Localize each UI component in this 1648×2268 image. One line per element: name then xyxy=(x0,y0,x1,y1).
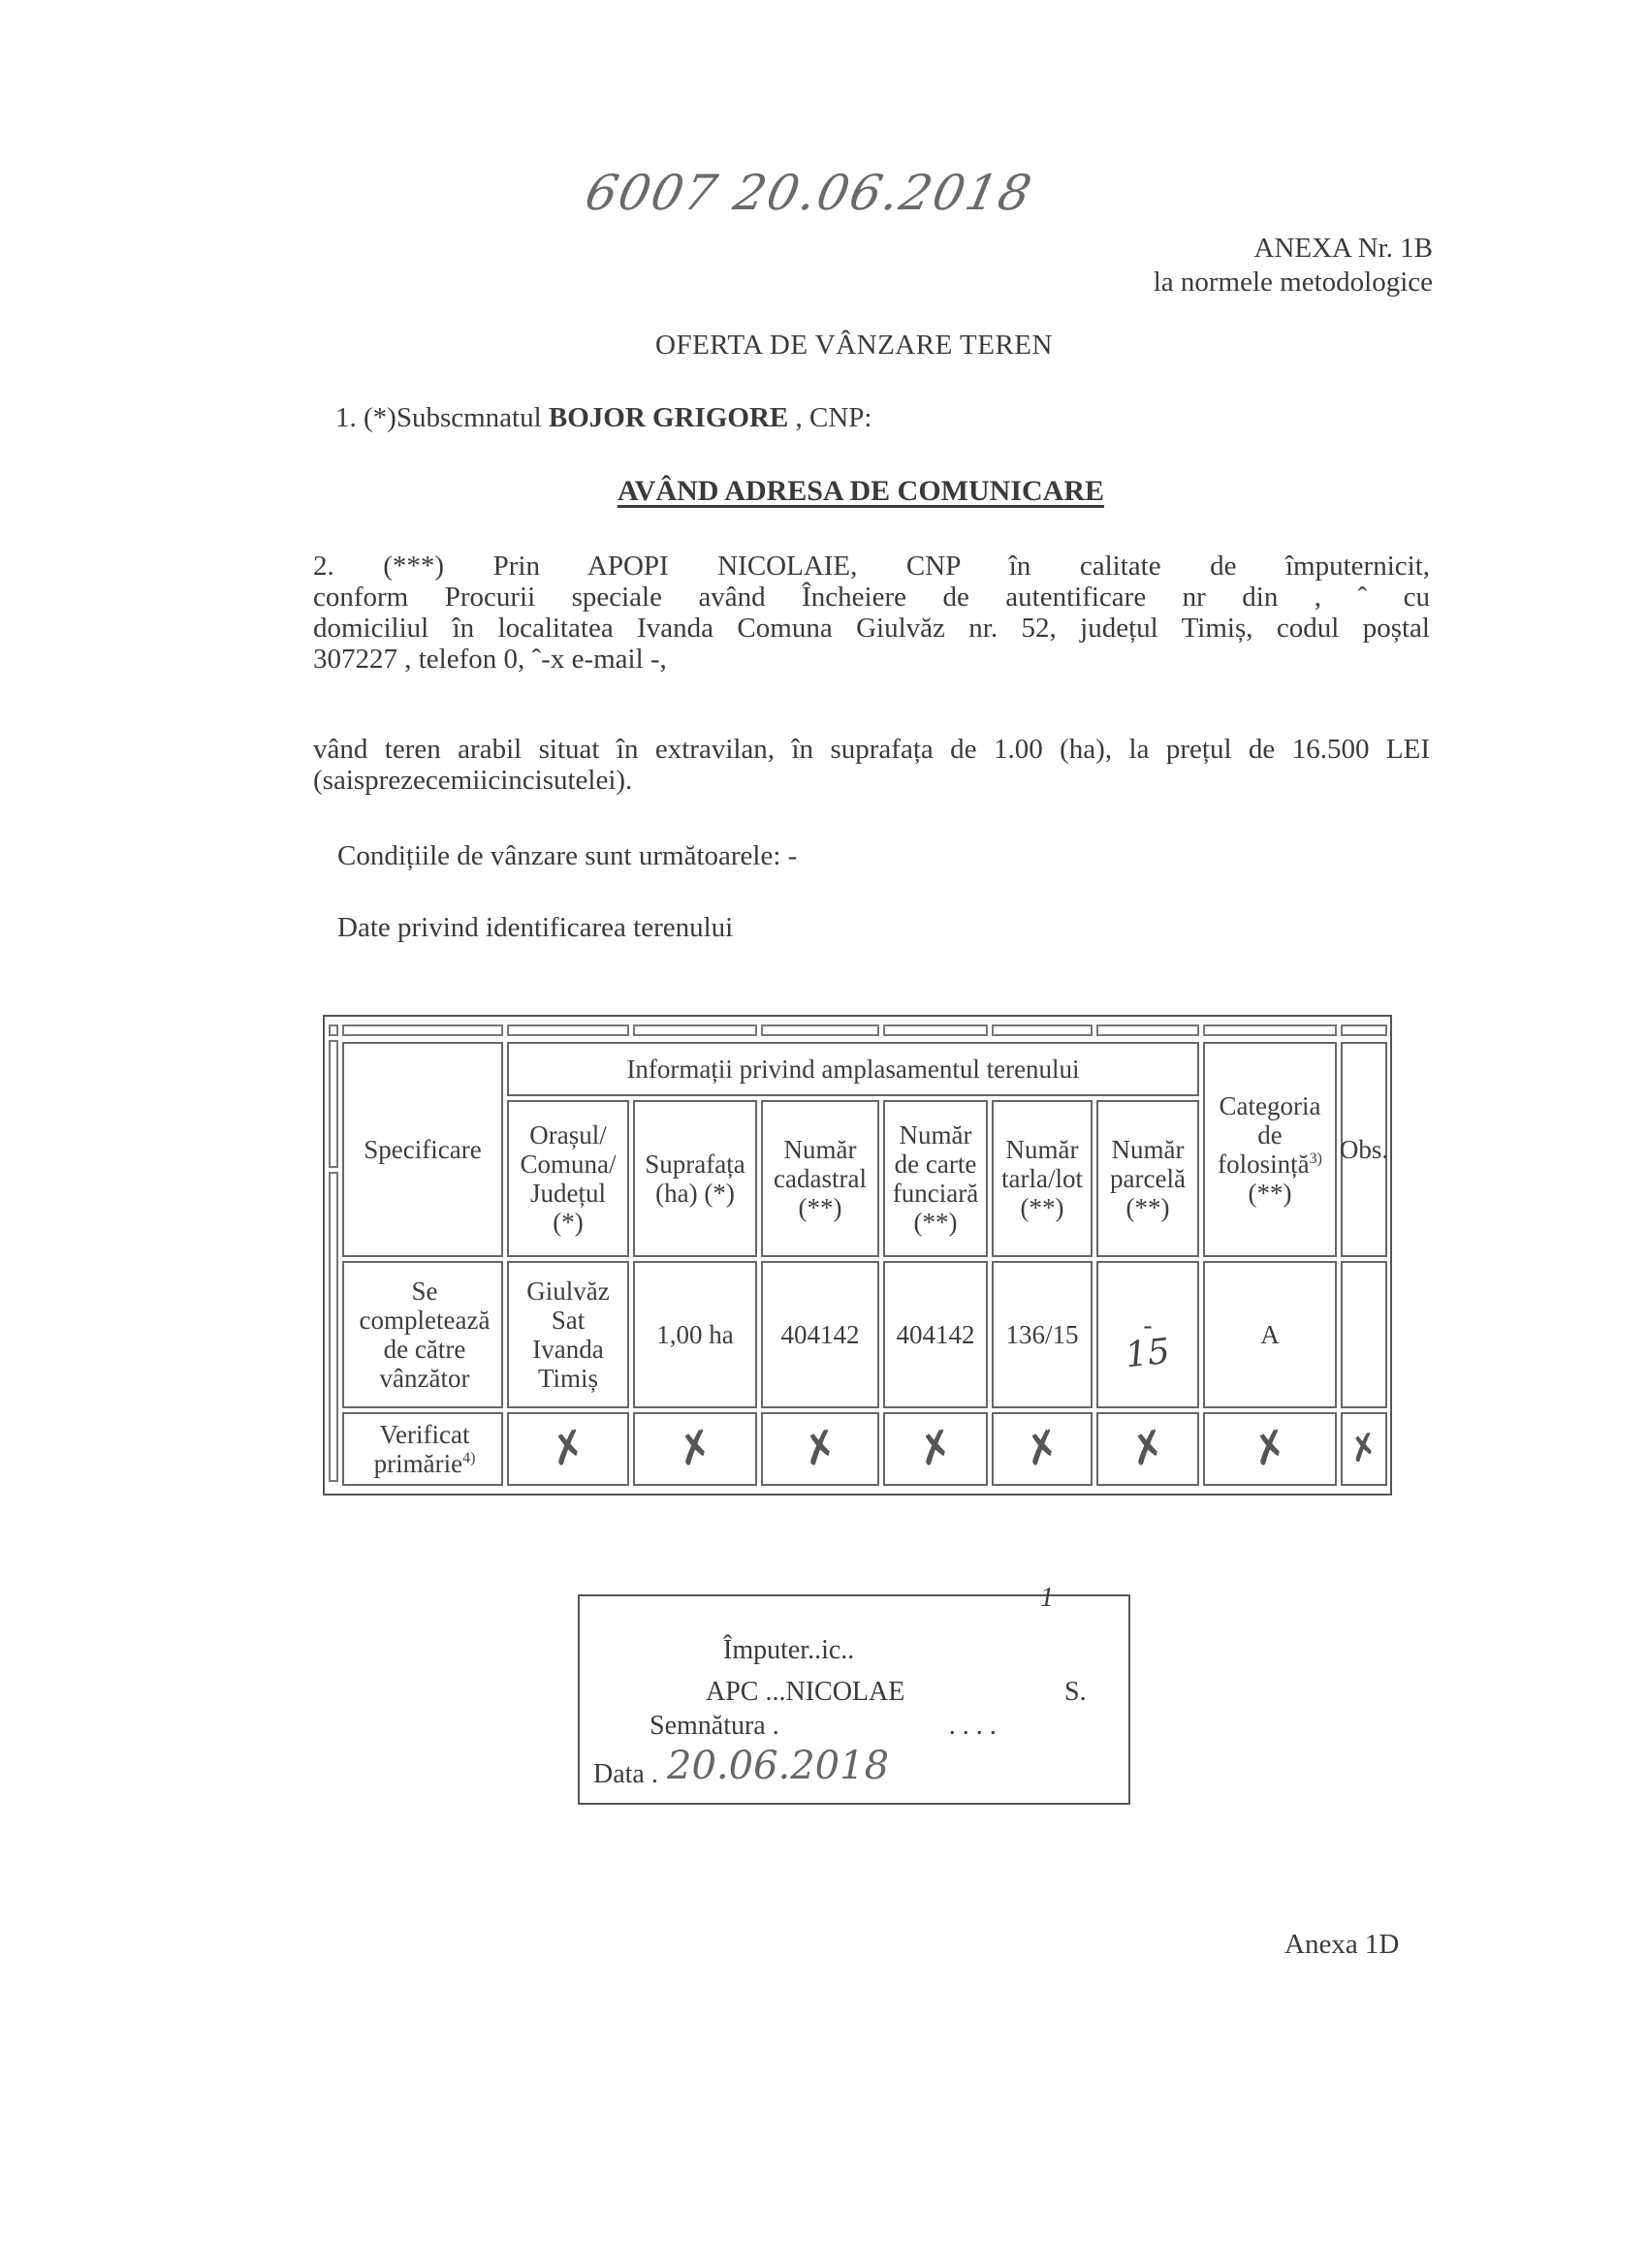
table-border-strip xyxy=(1203,1024,1337,1036)
row-verified-label: Verificatprimărie4) xyxy=(342,1412,503,1486)
sale-conditions: Condițiile de vânzare sunt următoarele: … xyxy=(337,840,797,872)
page-mark: 1 xyxy=(1040,1583,1054,1614)
row-seller-label: Secompleteazăde cătrevânzător xyxy=(342,1261,503,1408)
header-label: Informații privind amplasamentul terenul… xyxy=(626,1055,1079,1084)
table-border-strip xyxy=(342,1024,503,1036)
verified-mark-cell: ✗ xyxy=(992,1412,1093,1486)
table-border-strip xyxy=(992,1024,1093,1036)
handwritten-cross-icon: ✗ xyxy=(674,1431,715,1468)
handwritten-cross-icon: ✗ xyxy=(1347,1432,1382,1467)
signatory-title: Împuter..ic.. xyxy=(723,1635,854,1666)
seller-name: BOJOR GRIGORE xyxy=(549,402,788,433)
header-tarla: Numărtarla/lot(**) xyxy=(992,1100,1093,1257)
signatory-suffix: S. xyxy=(1064,1677,1087,1708)
signature-label: Semnătura . . . . . xyxy=(650,1711,997,1742)
cell-cadastral: 404142 xyxy=(761,1261,879,1408)
handwritten-cross-icon: ✗ xyxy=(1126,1431,1168,1468)
handwritten-date: 20.06.2018 xyxy=(667,1744,889,1788)
header-specificare: Specificare xyxy=(342,1042,503,1257)
cell-obs xyxy=(1341,1261,1387,1408)
table-border-strip xyxy=(329,1024,338,1036)
identification-heading: Date privind identificarea terenului xyxy=(337,912,733,944)
verified-mark-cell: ✗ xyxy=(1203,1412,1337,1486)
table-border-strip xyxy=(329,1172,338,1482)
document-title: OFERTA DE VÂNZARE TEREN xyxy=(655,330,1053,362)
seller-cnp-label: , CNP: xyxy=(788,402,872,433)
paragraph-line: domiciliul în localitatea Ivanda Comuna … xyxy=(313,613,1430,644)
header-land-book: Numărde cartefunciară(**) xyxy=(883,1100,988,1257)
offer-paragraph: vând teren arabil situat în extravilan, … xyxy=(313,734,1430,796)
cell-tarla: 136/15 xyxy=(992,1261,1093,1408)
handwritten-parcel: 15 xyxy=(1125,1338,1172,1371)
address-heading: AVÂND ADRESA DE COMUNICARE xyxy=(618,475,1104,508)
footer-annex-label: Anexa 1D xyxy=(1284,1929,1399,1961)
table-border-strip xyxy=(883,1024,988,1036)
verified-mark-cell: ✗ xyxy=(507,1412,629,1486)
handwritten-cross-icon: ✗ xyxy=(1021,1431,1062,1468)
cell-category: A xyxy=(1203,1261,1337,1408)
table-border-strip xyxy=(329,1040,338,1168)
table-border-strip xyxy=(761,1024,879,1036)
header-locality: Orașul/Comuna/Județul(*) xyxy=(507,1100,629,1257)
paragraph-line: conform Procurii speciale având Încheier… xyxy=(313,582,1430,613)
handwritten-check-icon: ✗ xyxy=(547,1431,588,1468)
registration-note: 6007 20.06.2018 xyxy=(581,165,1038,221)
handwritten-cross-icon: ✗ xyxy=(914,1431,956,1468)
header-label: Obs. xyxy=(1340,1135,1388,1164)
handwritten-cross-icon: ✗ xyxy=(1249,1431,1290,1468)
header-group-location: Informații privind amplasamentul terenul… xyxy=(507,1042,1199,1096)
header-category: Categoriadefolosință3)(**) xyxy=(1203,1042,1337,1257)
paragraph-line: 307227 , telefon 0, ˆ-x e-mail -, xyxy=(313,644,1430,675)
cell-land-book: 404142 xyxy=(883,1261,988,1408)
seller-line: 1. (*)Subscmnatul BOJOR GRIGORE , CNP: xyxy=(335,402,872,434)
annex-title: ANEXA Nr. 1B xyxy=(1254,233,1433,265)
cell-parcel: - 15 xyxy=(1096,1261,1199,1408)
verified-mark-cell: ✗ xyxy=(761,1412,879,1486)
table-border-strip xyxy=(507,1024,629,1036)
signatory-name: APC ...NICOLAE xyxy=(706,1677,904,1708)
land-identification-table: Specificare Informații privind amplasame… xyxy=(323,1015,1392,1496)
cell-area: 1,00 ha xyxy=(633,1261,757,1408)
verified-mark-cell: ✗ xyxy=(633,1412,757,1486)
paragraph-line: (saisprezecemiicincisutelei). xyxy=(313,765,1430,796)
table-border-strip xyxy=(1096,1024,1199,1036)
header-parcel: Numărparcelă(**) xyxy=(1096,1100,1199,1257)
paragraph-line: vând teren arabil situat în extravilan, … xyxy=(313,734,1430,765)
representative-paragraph: 2. (***) Prin APOPI NICOLAIE, CNP în cal… xyxy=(313,551,1430,675)
header-area: Suprafața(ha) (*) xyxy=(633,1100,757,1257)
seller-prefix: 1. (*)Subscmnatul xyxy=(335,402,549,433)
header-cadastral: Numărcadastral(**) xyxy=(761,1100,879,1257)
signature-box: 1 Împuter..ic.. APC ...NICOLAE S. Semnăt… xyxy=(578,1594,1130,1805)
table-border-strip xyxy=(633,1024,757,1036)
paragraph-line: 2. (***) Prin APOPI NICOLAIE, CNP în cal… xyxy=(313,551,1430,582)
verified-mark-cell: ✗ xyxy=(1341,1412,1387,1486)
cell-locality: GiulvăzSatIvandaTimiș xyxy=(507,1261,629,1408)
header-obs: Obs. xyxy=(1341,1042,1387,1257)
annex-subtitle: la normele metodologice xyxy=(1154,267,1433,299)
date-label: Data . xyxy=(593,1759,658,1790)
verified-mark-cell: ✗ xyxy=(883,1412,988,1486)
header-label: Specificare xyxy=(364,1135,481,1164)
handwritten-cross-icon: ✗ xyxy=(799,1431,840,1468)
table-border-strip xyxy=(1341,1024,1387,1036)
verified-mark-cell: ✗ xyxy=(1096,1412,1199,1486)
